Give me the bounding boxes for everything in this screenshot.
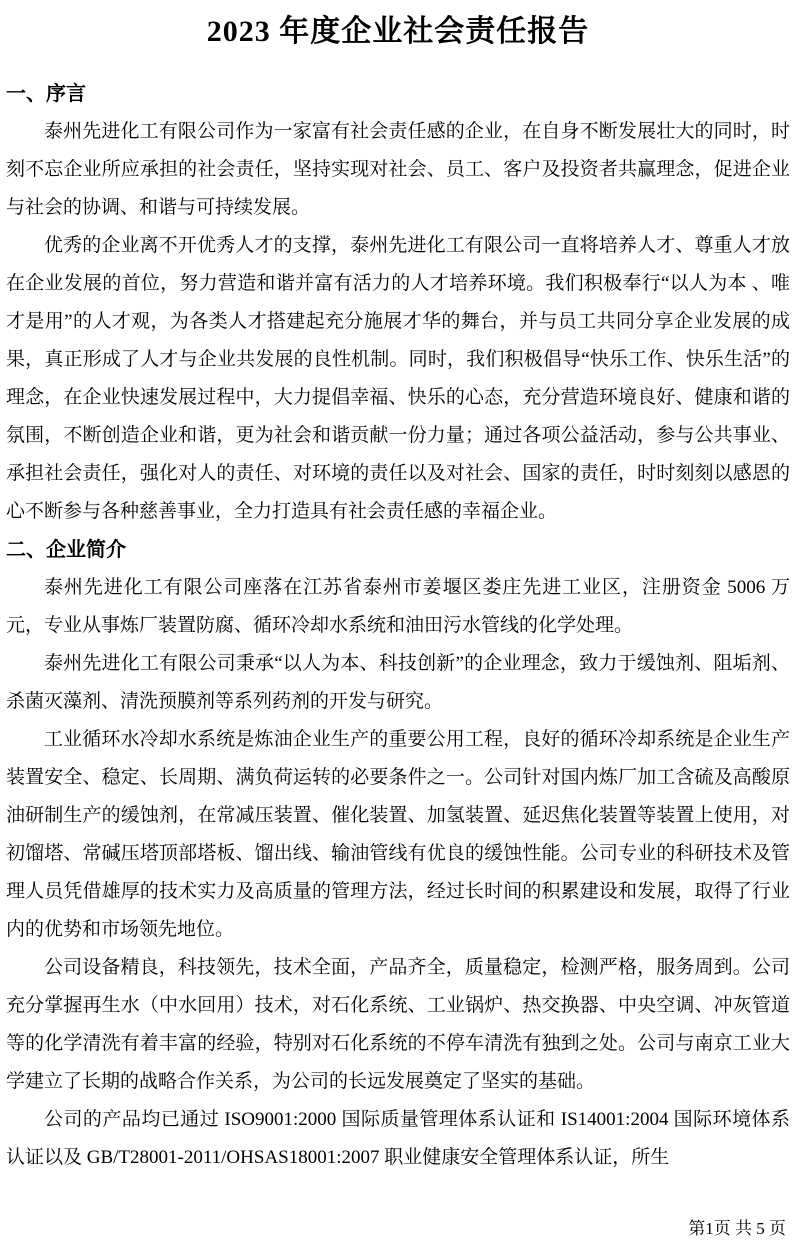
paragraph: 工业循环水冷却水系统是炼油企业生产的重要公用工程，良好的循环冷却系统是企业生产装… xyxy=(6,721,790,949)
paragraph: 泰州先进化工有限公司座落在江苏省泰州市姜堰区娄庄先进工业区，注册资金 5006 … xyxy=(6,569,790,645)
section-heading-preface: 一、序言 xyxy=(6,75,790,113)
paragraph: 泰州先进化工有限公司秉承“以人为本、科技创新”的企业理念，致力于缓蚀剂、阻垢剂、… xyxy=(6,645,790,721)
paragraph: 泰州先进化工有限公司作为一家富有社会责任感的企业，在自身不断发展壮大的同时，时刻… xyxy=(6,113,790,227)
section-preface: 一、序言 泰州先进化工有限公司作为一家富有社会责任感的企业，在自身不断发展壮大的… xyxy=(6,75,790,531)
section-company-profile: 二、企业简介 泰州先进化工有限公司座落在江苏省泰州市姜堰区娄庄先进工业区，注册资… xyxy=(6,531,790,1177)
page-number: 第1页 共 5 页 xyxy=(688,1219,786,1239)
paragraph: 公司的产品均已通过 ISO9001:2000 国际质量管理体系认证和 IS140… xyxy=(6,1101,790,1177)
document-page: 2023 年度企业社会责任报告 一、序言 泰州先进化工有限公司作为一家富有社会责… xyxy=(0,0,800,1249)
section-heading-company-profile: 二、企业简介 xyxy=(6,531,790,569)
paragraph: 公司设备精良，科技领先，技术全面，产品齐全，质量稳定，检测严格，服务周到。公司充… xyxy=(6,949,790,1101)
paragraph: 优秀的企业离不开优秀人才的支撑，泰州先进化工有限公司一直将培养人才、尊重人才放在… xyxy=(6,227,790,531)
page-title: 2023 年度企业社会责任报告 xyxy=(6,12,790,51)
